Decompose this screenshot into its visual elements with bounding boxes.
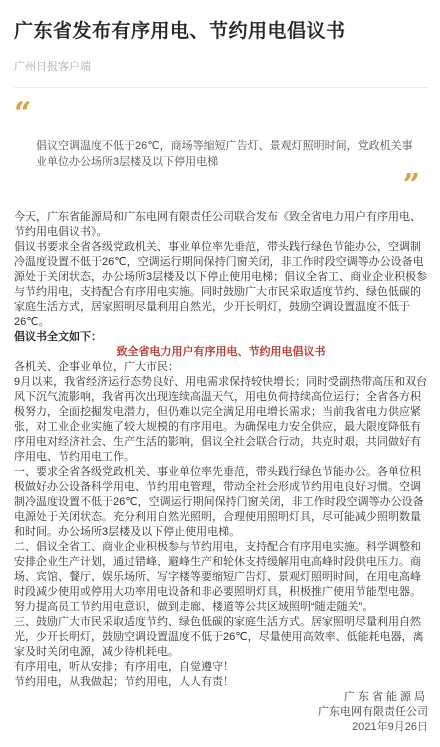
letter-item-2: 二、倡议全省工、商业企业积极参与节约用电，支持配合有序用电实施。科学调整和安排企… xyxy=(14,540,428,615)
open-quote-icon: “ xyxy=(14,102,428,126)
letter-title: 致全省电力用户有序用电、节约用电倡议书 xyxy=(14,345,428,360)
letter-opening: 9月以来，我省经济运行态势良好、用电需求保持较快增长；同时受副热带高压和双台风下… xyxy=(14,375,428,465)
letter-item-1: 一、要求全省各级党政机关、事业单位率先垂范，带头践行绿色节能办公。各单位积极做好… xyxy=(14,465,428,540)
signature-date: 2021年9月26日 xyxy=(14,720,428,735)
intro-paragraph-2: 倡议书要求全省各级党政机关、事业单位率先垂范，带头践行绿色节能办公，空调制冷温度… xyxy=(14,240,428,330)
page-title: 广东省发布有序用电、节约用电倡议书 xyxy=(14,18,428,45)
intro-paragraph-1: 今天，广东省能源局和广东电网有限责任公司联合发布《致全省电力用户有序用电、节约用… xyxy=(14,210,428,240)
article-source: 广州日报客户端 xyxy=(14,58,428,74)
signature-org-2: 广东电网有限责任公司 xyxy=(14,705,428,720)
slogan-2: 节约用电，从我做起；节约用电，人人有责！ xyxy=(14,675,428,690)
close-quote-icon: ” xyxy=(14,174,428,198)
full-text-label: 倡议书全文如下： xyxy=(14,330,428,345)
letter-item-3: 三、鼓励广大市民采取适度节约、绿色低碳的家庭生活方式。居家照明尽量利用自然光，少… xyxy=(14,615,428,660)
pull-quote: “ 倡议空调温度不低于26℃，商场等缩短广告灯、景观灯照明时间，党政机关事业单位… xyxy=(14,102,428,198)
article-page: 广东省发布有序用电、节约用电倡议书 广州日报客户端 “ 倡议空调温度不低于26℃… xyxy=(0,0,440,747)
slogan-1: 有序用电，听从安排；有序用电，自觉遵守！ xyxy=(14,660,428,675)
article-body: 今天，广东省能源局和广东电网有限责任公司联合发布《致全省电力用户有序用电、节约用… xyxy=(14,210,428,735)
letter-salutation: 各机关、企事业单位，广大市民： xyxy=(14,360,428,375)
pull-quote-text: 倡议空调温度不低于26℃，商场等缩短广告灯、景观灯照明时间，党政机关事业单位办公… xyxy=(36,138,418,170)
signature-org-1: 广东省能源局 xyxy=(14,690,428,705)
header-divider xyxy=(14,87,428,88)
